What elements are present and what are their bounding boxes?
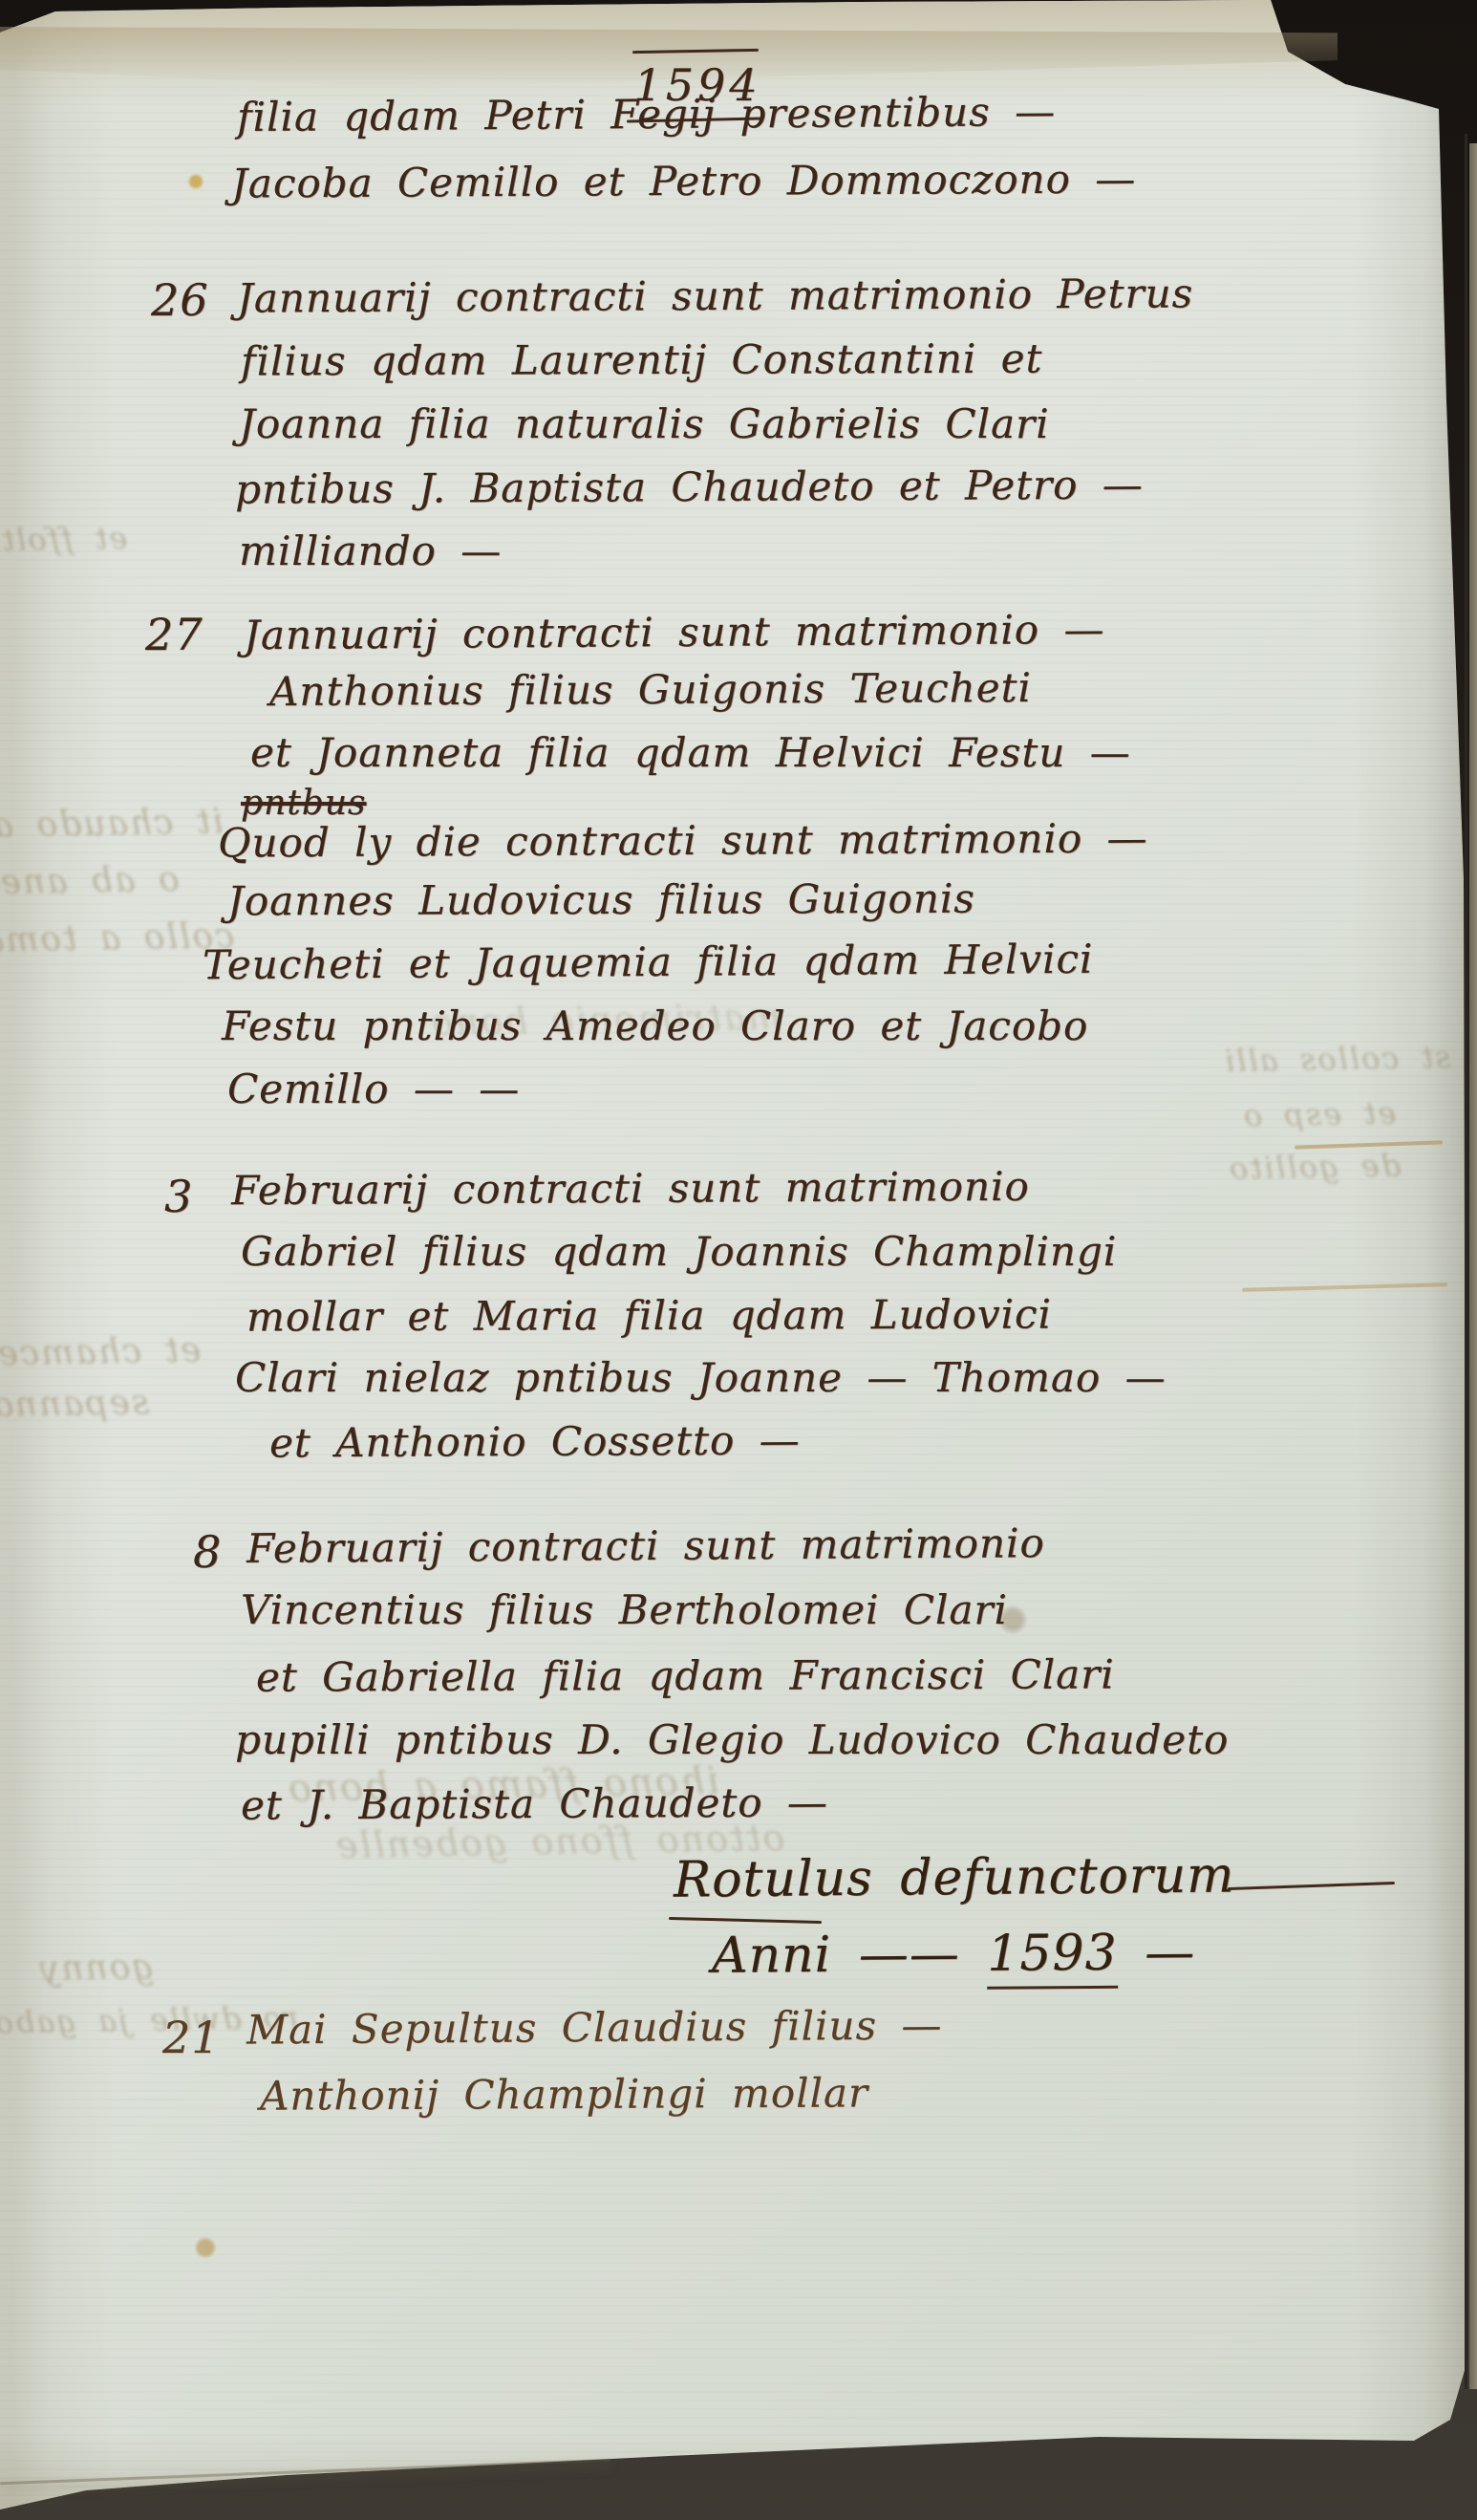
struck-word: pntbus [241,786,366,822]
entry-line: Gabriel filius qdam Joannis Champlingi [241,1231,1117,1273]
entry-line: Festu pntibus Amedeo Claro et Jacobo [222,1005,1088,1047]
anni-label: Anni [712,1927,832,1985]
entry-line: Jacoba Cemillo et Petro Dommoczono — [231,159,1136,205]
entry-line: filia qdam Petri Fegij presentibus — [237,91,1056,139]
entry-line: Cemillo — — [227,1068,520,1110]
bleed-through-text: st collos alli [1223,1042,1451,1076]
bleed-through-text: et chamcello [0,1334,202,1373]
entry-line: Februarij contracti sunt matrimonio [246,1522,1045,1570]
bleed-through-text: o ab anedo [0,863,180,901]
entry-line: Jannuarij contracti sunt matrimonio Petr… [237,272,1193,319]
margin-day-number: 3 [164,1174,193,1219]
entry-line: et Joanneta filia qdam Helvici Festu — [250,732,1131,774]
entry-line: milliando — [239,530,502,572]
entry-line: Anthonij Champlingi mollar [260,2072,868,2117]
bleed-through-text: sepanndo [0,1386,150,1423]
entry-line: Joanna filia naturalis Gabrielis Clari [239,403,1050,445]
anni-dash: —— [858,1926,959,1984]
bleed-through-text: it chaudo allo [0,805,224,844]
entry-line: et Anthonio Cossetto — [269,1420,801,1465]
entry-line: mollar et Maria filia qdam Ludovici [246,1294,1052,1339]
entry-line: et J. Baptista Chaudeto — [241,1781,828,1826]
entry-line: Vincentius filius Bertholomei Clari [241,1589,1008,1631]
entry-line: Februarij contracti sunt matrimonio [231,1166,1030,1212]
bleed-through-text: gonny [38,1950,155,1987]
section-heading-burials: Rotulus defunctorum [674,1849,1235,1906]
entry-line: Anthonius filius Guigonis Teucheti [269,667,1032,713]
bleed-through-text: et ffolti [0,523,128,556]
entry-line: Quod ly die contracti sunt matrimonio — [218,817,1148,864]
margin-day-number: 21 [162,2014,221,2060]
margin-day-number: 8 [193,1529,222,1575]
entry-line: et Gabriella filia qdam Francisci Clari [256,1653,1115,1698]
manuscript-scan: { "page": { "year_heading": "1594" }, "i… [0,0,1477,2520]
margin-day-number: 27 [145,612,203,657]
entry-line: filius qdam Laurentij Constantini et [241,338,1042,383]
burial-year: 1593 [987,1925,1118,1990]
bleed-through-text: collo a tomallo [0,919,235,958]
entry-line: pupilli pntibus D. Glegio Ludovico Chaud… [235,1719,1229,1761]
underlying-page-edge [1469,143,1477,2389]
page-edge-line [1465,134,1467,2389]
entry-line: pntibus J. Baptista Chaudeto et Petro — [235,464,1144,511]
bleed-through-text: et esp o [1242,1098,1397,1131]
entry-line: Clari nielaz pntibus Joanne — Thomao — [235,1357,1167,1399]
entry-line: Teucheti et Jaquemia filia qdam Helvici [203,938,1094,987]
year-trailing-dash: — [1145,1924,1195,1981]
section-heading-year-line: Anni —— 1593 — [712,1927,1195,1982]
entry-line: Jannuarij contracti sunt matrimonio — [244,609,1105,657]
margin-day-number: 26 [151,277,209,323]
entry-line: Mai Sepultus Claudius filius — [246,2004,943,2051]
entry-line: Joannes Ludovicus filius Guigonis [227,878,975,923]
bleed-through-text: de gollito [1228,1150,1402,1183]
